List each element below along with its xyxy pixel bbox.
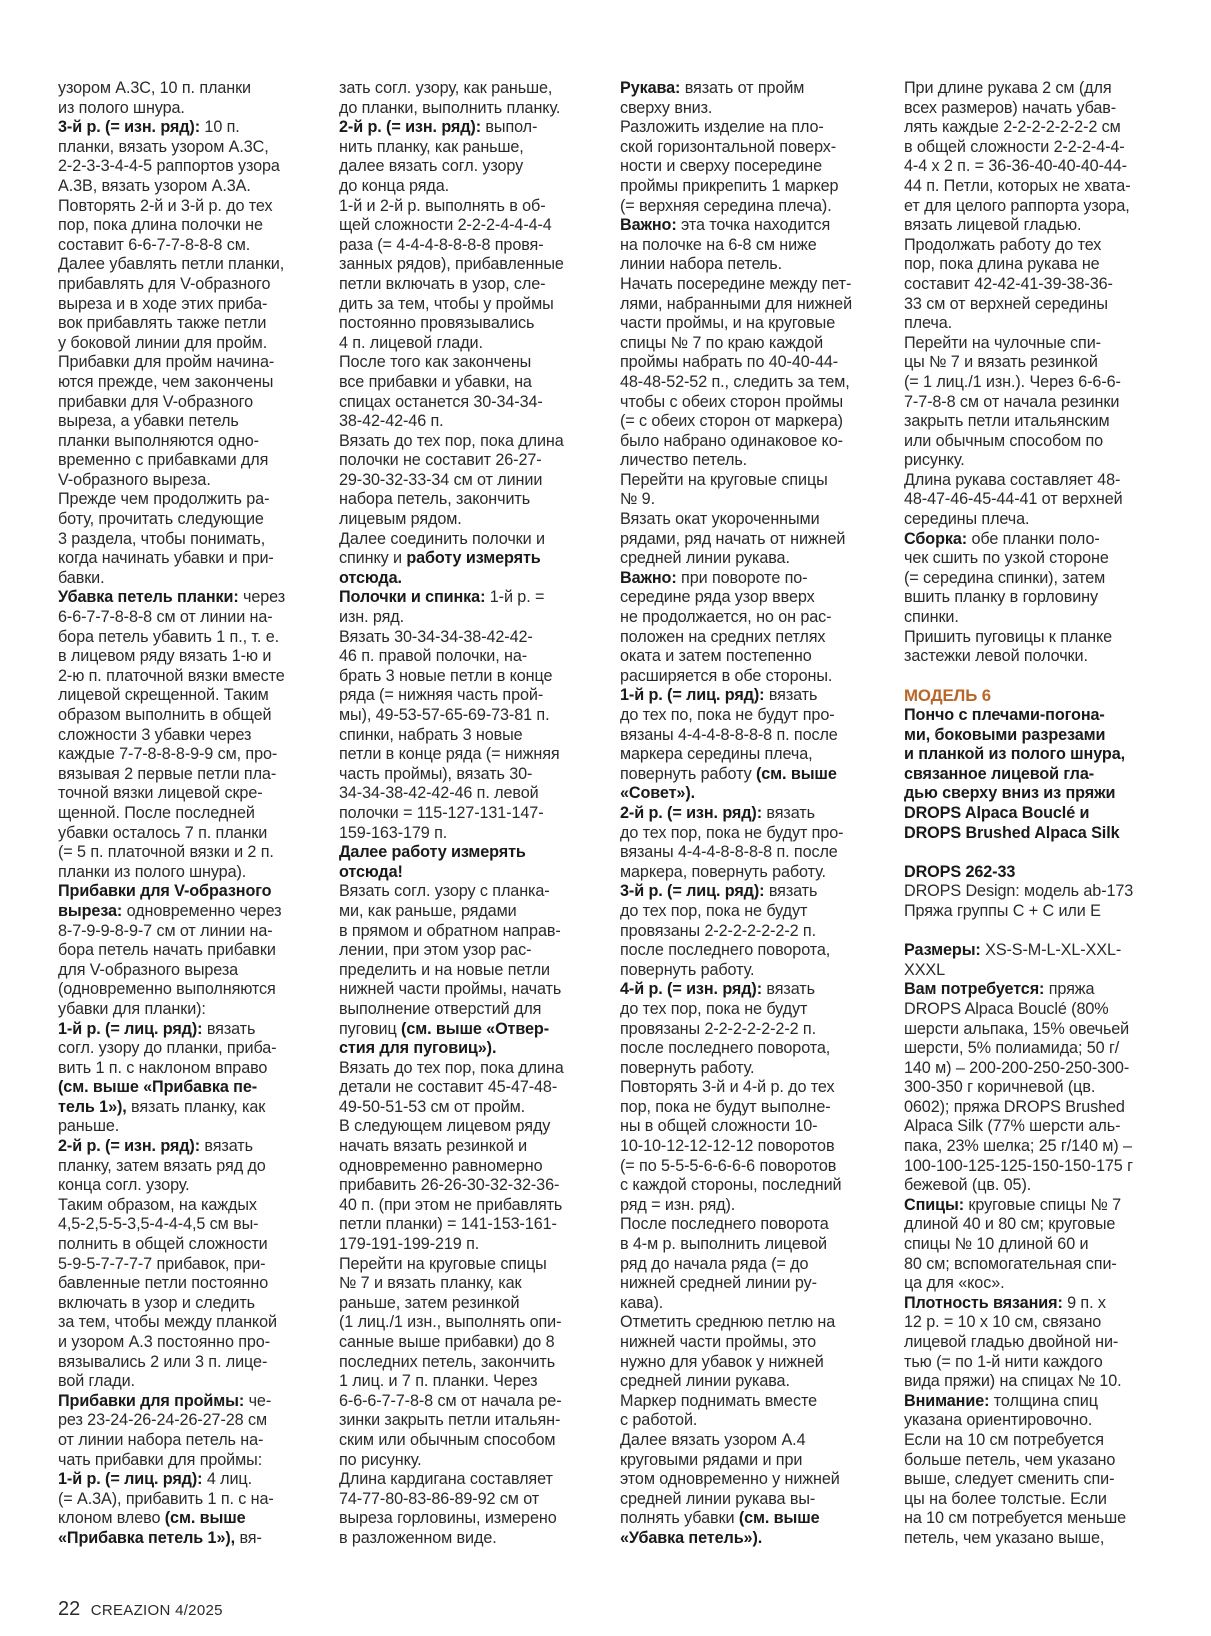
text-line: отсюда! bbox=[339, 863, 601, 883]
text-line: после последнего поворота, bbox=[620, 1039, 882, 1059]
text-line: и планкой из полого шнура, bbox=[904, 745, 1166, 765]
text-line: «Прибавка петель 1»), вя- bbox=[58, 1529, 320, 1549]
text-line: Внимание: толщина спиц bbox=[904, 1392, 1166, 1412]
bold-label: Прибавки для V-образного bbox=[58, 882, 271, 900]
body-text: до конца ряда. bbox=[339, 177, 449, 195]
text-line: связанное лицевой гла- bbox=[904, 765, 1166, 785]
text-line: 7-7-8-8 см от начала резинки bbox=[904, 393, 1166, 413]
text-line: Пряжа группы С + С или Е bbox=[904, 902, 1166, 922]
text-column-2: зать согл. узору, как раньше,до планки, … bbox=[339, 79, 601, 1549]
body-text: ской горизонтальной поверх- bbox=[620, 138, 836, 156]
body-text: № 9. bbox=[620, 490, 655, 508]
body-text: положен на средних петлях bbox=[620, 628, 825, 646]
text-line: убавки осталось 7 п. планки bbox=[58, 824, 320, 844]
text-line: полнить в общей сложности bbox=[58, 1235, 320, 1255]
body-text: лями, набранными для нижней bbox=[620, 295, 852, 313]
text-line: боту, прочитать следующие bbox=[58, 510, 320, 530]
text-line: до тех пор, пока не будут bbox=[620, 1000, 882, 1020]
text-line: до планки, выполнить планку. bbox=[339, 99, 601, 119]
body-text: (= 1 лиц./1 изн.). Через 6-6-6- bbox=[904, 373, 1121, 391]
body-text: вязать bbox=[762, 980, 815, 998]
body-text: убавки для планки): bbox=[58, 1000, 206, 1018]
body-text: расширяется в обе стороны. bbox=[620, 667, 832, 685]
text-line: набора петель, закончить bbox=[339, 490, 601, 510]
body-text: до тех пор, пока не будут bbox=[620, 902, 807, 920]
text-line: прибавить 26-26-30-32-32-36- bbox=[339, 1176, 601, 1196]
body-text: ским или обычным способом bbox=[339, 1431, 555, 1449]
body-text: 29-30-32-33-34 см от линии bbox=[339, 471, 542, 489]
text-line: 44 п. Петли, которых не хвата- bbox=[904, 177, 1166, 197]
text-line: Вязать до тех пор, пока длина bbox=[339, 432, 601, 452]
text-line: линии набора петель. bbox=[620, 255, 882, 275]
text-line: 179-191-199-219 п. bbox=[339, 1235, 601, 1255]
bold-label: Важно: bbox=[620, 569, 677, 587]
text-line: выше, следует сменить спи- bbox=[904, 1470, 1166, 1490]
text-line: раньше, затем резинкой bbox=[339, 1294, 601, 1314]
text-line: вязаны 4-4-4-8-8-8-8 п. после bbox=[620, 726, 882, 746]
text-line: точной вязки лицевой скре- bbox=[58, 784, 320, 804]
body-text: раньше, затем резинкой bbox=[339, 1294, 519, 1312]
text-line: положен на средних петлях bbox=[620, 628, 882, 648]
body-text: 2-2-3-3-4-4-5 раппортов узора bbox=[58, 157, 280, 175]
body-text: Повторять 3-й и 4-й р. до тех bbox=[620, 1078, 834, 1096]
text-line: 140 м) – 200-200-250-250-300- bbox=[904, 1059, 1166, 1079]
body-text: 2-ю п. платочной вязки вместе bbox=[58, 667, 285, 685]
body-text: Alpaca Silk (77% шерсти аль- bbox=[904, 1117, 1120, 1135]
text-line: спинки, набрать 3 новые bbox=[339, 726, 601, 746]
text-line: сверху вниз. bbox=[620, 99, 882, 119]
text-line: XXXL bbox=[904, 961, 1166, 981]
body-text: нить планку, как раньше, bbox=[339, 138, 524, 156]
body-text: Продолжать работу до тех bbox=[904, 236, 1101, 254]
body-text: Маркер поднимать вместе bbox=[620, 1392, 817, 1410]
text-line: плеча. bbox=[904, 314, 1166, 334]
body-text: спицах останется 30-34-34- bbox=[339, 393, 543, 411]
bold-label: стия для пуговиц»). bbox=[339, 1039, 496, 1057]
text-line: пределить и на новые петли bbox=[339, 961, 601, 981]
body-text: чать прибавки для проймы: bbox=[58, 1451, 262, 1469]
body-text: Вязать до тех пор, пока длина bbox=[339, 1059, 564, 1077]
page-footer: 22 CREAZION 4/2025 bbox=[58, 1598, 223, 1621]
text-line: 100-100-125-125-150-150-175 г bbox=[904, 1157, 1166, 1177]
text-line: с каждой стороны, последний bbox=[620, 1176, 882, 1196]
text-line: больше петель, чем указано bbox=[904, 1451, 1166, 1471]
text-line: шерсти, 5% полиамида; 50 г/ bbox=[904, 1039, 1166, 1059]
body-text: 140 м) – 200-200-250-250-300- bbox=[904, 1059, 1129, 1077]
body-text: пуговиц bbox=[339, 1020, 401, 1038]
text-column-3: Рукава: вязать от проймсверху вниз.Разло… bbox=[620, 79, 882, 1549]
body-text: 6-6-7-7-8-8-8 см от линии на- bbox=[58, 608, 273, 626]
body-text: постоянно провязывались bbox=[339, 314, 534, 332]
text-line: Вязать окат укороченными bbox=[620, 510, 882, 530]
body-text: каждые 7-7-8-8-8-9-9 см, про- bbox=[58, 745, 277, 763]
body-text: (= с обеих сторон от маркера) bbox=[620, 412, 843, 430]
bold-label: 1-й р. (= лиц. ряд): bbox=[58, 1470, 202, 1488]
text-line: нить планку, как раньше, bbox=[339, 138, 601, 158]
text-line: V-образного выреза. bbox=[58, 471, 320, 491]
text-line: Прибавки для V-образного bbox=[58, 882, 320, 902]
body-text: 1-й и 2-й р. выполнять в об- bbox=[339, 197, 546, 215]
text-line: Повторять 2-й и 3-й р. до тех bbox=[58, 197, 320, 217]
body-text: петли включать в узор, сле- bbox=[339, 275, 545, 293]
body-text: повернуть работу. bbox=[620, 961, 754, 979]
text-line: (= 1 лиц./1 изн.). Через 6-6-6- bbox=[904, 373, 1166, 393]
body-text: При длине рукава 2 см (для bbox=[904, 79, 1112, 97]
bold-label: 1-й р. (= лиц. ряд): bbox=[58, 1020, 202, 1038]
body-text: вязывая 2 первые петли пла- bbox=[58, 765, 276, 783]
body-text: 9 п. х bbox=[1063, 1294, 1106, 1312]
text-line: до тех пор, пока не будут про- bbox=[620, 824, 882, 844]
text-line: рядами, ряд начать от нижней bbox=[620, 530, 882, 550]
text-line: При длине рукава 2 см (для bbox=[904, 79, 1166, 99]
text-line: бора петель убавить 1 п., т. е. bbox=[58, 628, 320, 648]
body-text: когда начинать убавки и при- bbox=[58, 549, 274, 567]
text-line: щей сложности 2-2-2-4-4-4-4 bbox=[339, 216, 601, 236]
model-heading: МОДЕЛЬ 6 bbox=[904, 686, 991, 705]
body-text: 33 см от верхней середины bbox=[904, 295, 1108, 313]
body-text: После того как закончены bbox=[339, 353, 531, 371]
text-line: повернуть работу (см. выше bbox=[620, 765, 882, 785]
body-text: проймы прикрепить 1 маркер bbox=[620, 177, 838, 195]
text-line: А.3В, вязать узором А.3А. bbox=[58, 177, 320, 197]
body-text: с работой. bbox=[620, 1411, 697, 1429]
body-text: 4 п. лицевой глади. bbox=[339, 334, 483, 352]
body-text: из полого шнура. bbox=[58, 99, 185, 117]
text-line: пор, пока длина рукава не bbox=[904, 255, 1166, 275]
body-text: длиной 40 и 80 см; круговые bbox=[904, 1215, 1115, 1233]
text-line: чтобы с обеих сторон проймы bbox=[620, 393, 882, 413]
body-text: середины плеча. bbox=[904, 510, 1029, 528]
body-text: спинку и bbox=[339, 549, 406, 567]
bold-label: Важно: bbox=[620, 216, 677, 234]
body-text: вязать bbox=[200, 1137, 253, 1155]
text-line: чек сшить по узкой стороне bbox=[904, 549, 1166, 569]
text-line: на 10 см потребуется меньше bbox=[904, 1509, 1166, 1529]
text-line: бавленные петли постоянно bbox=[58, 1274, 320, 1294]
text-line: Длина рукава составляет 48- bbox=[904, 471, 1166, 491]
body-text: (одновременно выполняются bbox=[58, 980, 276, 998]
body-text: лять каждые 2-2-2-2-2-2-2 см bbox=[904, 118, 1121, 136]
body-text: XXXL bbox=[904, 961, 945, 979]
body-text: Повторять 2-й и 3-й р. до тех bbox=[58, 197, 272, 215]
body-text: ряда (= нижняя часть прой- bbox=[339, 686, 543, 704]
body-text: толщина спиц bbox=[989, 1392, 1098, 1410]
text-line: шерсти альпака, 15% овечьей bbox=[904, 1020, 1166, 1040]
text-line: нужно для убавок у нижней bbox=[620, 1353, 882, 1373]
body-text: Вязать окат укороченными bbox=[620, 510, 820, 528]
text-line: петли включать в узор, сле- bbox=[339, 275, 601, 295]
body-text: цы на более толстые. Если bbox=[904, 1490, 1107, 1508]
body-text: полнить в общей сложности bbox=[58, 1235, 268, 1253]
bold-label: Прибавки для проймы: bbox=[58, 1392, 244, 1410]
body-text: 4-4 х 2 п. = 36-36-40-40-40-44- bbox=[904, 157, 1127, 175]
body-text: не продолжается, но он рас- bbox=[620, 608, 831, 626]
text-line: 10-10-12-12-12-12 поворотов bbox=[620, 1137, 882, 1157]
bold-label: ми, боковыми разрезами bbox=[904, 726, 1105, 744]
body-text: че- bbox=[244, 1392, 271, 1410]
text-line: (= верхняя середина плеча). bbox=[620, 197, 882, 217]
text-line: средней линии рукава. bbox=[620, 1372, 882, 1392]
body-text: средней линии рукава. bbox=[620, 1372, 790, 1390]
text-line: спинки. bbox=[904, 608, 1166, 628]
body-text: после последнего поворота, bbox=[620, 941, 830, 959]
body-text: 4 лиц. bbox=[202, 1470, 252, 1488]
text-line: Пришить пуговицы к планке bbox=[904, 628, 1166, 648]
text-line: длиной 40 и 80 см; круговые bbox=[904, 1215, 1166, 1235]
text-line: (= А.3А), прибавить 1 п. с на- bbox=[58, 1490, 320, 1510]
text-line: вязывая 2 первые петли пла- bbox=[58, 765, 320, 785]
text-line: 1-й р. (= лиц. ряд): вязать bbox=[620, 686, 882, 706]
text-line: составит 6-6-7-7-8-8-8 см. bbox=[58, 236, 320, 256]
text-line: до тех пор, пока не будут bbox=[620, 902, 882, 922]
body-text: через bbox=[239, 588, 285, 606]
magazine-issue: CREAZION 4/2025 bbox=[91, 1602, 223, 1619]
body-text: 48-47-46-45-44-41 от верхней bbox=[904, 490, 1123, 508]
text-line: маркера, повернуть работу. bbox=[620, 863, 882, 883]
text-line: 3-й р. (= изн. ряд): 10 п. bbox=[58, 118, 320, 138]
body-text: петель, чем указано выше, bbox=[904, 1529, 1104, 1547]
body-text: составит 6-6-7-7-8-8-8 см. bbox=[58, 236, 250, 254]
text-line: Если на 10 см потребуется bbox=[904, 1431, 1166, 1451]
body-text: маркера, повернуть работу. bbox=[620, 863, 826, 881]
text-line: Перейти на круговые спицы bbox=[620, 471, 882, 491]
body-text: брать 3 новые петли в конце bbox=[339, 667, 552, 685]
text-line: изн. ряд. bbox=[339, 608, 601, 628]
body-text: DROPS Design: модель ab-173 bbox=[904, 882, 1133, 900]
text-line: 159-163-179 п. bbox=[339, 824, 601, 844]
body-text: части проймы, и на круговые bbox=[620, 314, 835, 332]
body-text: Разложить изделие на пло- bbox=[620, 118, 824, 136]
body-text: эта точка находится bbox=[677, 216, 830, 234]
body-text: 10-10-12-12-12-12 поворотов bbox=[620, 1137, 834, 1155]
body-text: дить за тем, чтобы у проймы bbox=[339, 295, 554, 313]
text-line: Сборка: обе планки поло- bbox=[904, 530, 1166, 550]
body-text: боту, прочитать следующие bbox=[58, 510, 264, 528]
text-line: Вязать 30-34-34-38-42-42- bbox=[339, 628, 601, 648]
text-line: петли планки) = 141-153-161- bbox=[339, 1215, 601, 1235]
text-line: все прибавки и убавки, на bbox=[339, 373, 601, 393]
body-text: нижней средней линии ру- bbox=[620, 1274, 817, 1292]
body-text: за тем, чтобы между планкой bbox=[58, 1313, 277, 1331]
body-text: выпол- bbox=[481, 118, 537, 136]
bold-label: 4-й р. (= изн. ряд): bbox=[620, 980, 762, 998]
body-text: 300-350 г коричневой (цв. bbox=[904, 1078, 1095, 1096]
body-text: вшить планку в горловину bbox=[904, 588, 1098, 606]
body-text: вой глади. bbox=[58, 1372, 135, 1390]
body-text: всех размеров) начать убав- bbox=[904, 99, 1116, 117]
body-text: 100-100-125-125-150-150-175 г bbox=[904, 1157, 1133, 1175]
text-line: цы на более толстые. Если bbox=[904, 1490, 1166, 1510]
text-line: согл. узору до планки, приба- bbox=[58, 1039, 320, 1059]
body-text: прибавлять для V-образного bbox=[58, 275, 270, 293]
body-text: (= верхняя середина плеча). bbox=[620, 197, 832, 215]
body-text: 3 раздела, чтобы понимать, bbox=[58, 530, 265, 548]
text-line: детали не составит 45-47-48- bbox=[339, 1078, 601, 1098]
body-text: 1-й р. = bbox=[485, 588, 544, 606]
body-text: маркера середины плеча, bbox=[620, 745, 813, 763]
text-line: или обычным способом по bbox=[904, 432, 1166, 452]
text-line: ет для целого раппорта узора, bbox=[904, 197, 1166, 217]
body-text: все прибавки и убавки, на bbox=[339, 373, 532, 391]
text-line: санные выше прибавки) до 8 bbox=[339, 1333, 601, 1353]
body-text: ются прежде, чем закончены bbox=[58, 373, 273, 391]
text-line: повернуть работу. bbox=[620, 961, 882, 981]
body-text: бора петель начать прибавки bbox=[58, 941, 276, 959]
body-text: круговыми рядами и при bbox=[620, 1451, 802, 1469]
body-text: Длина рукава составляет 48- bbox=[904, 471, 1120, 489]
text-line: сложности 3 убавки через bbox=[58, 726, 320, 746]
body-text: планку, затем вязать ряд до bbox=[58, 1157, 266, 1175]
text-line: в 4-м р. выполнить лицевой bbox=[620, 1235, 882, 1255]
text-line: когда начинать убавки и при- bbox=[58, 549, 320, 569]
body-text: Таким образом, на каждых bbox=[58, 1196, 257, 1214]
text-line: после последнего поворота, bbox=[620, 941, 882, 961]
body-text: рисунку. bbox=[904, 451, 965, 469]
text-line: 6-6-7-7-8-8-8 см от линии на- bbox=[58, 608, 320, 628]
text-line: планку, затем вязать ряд до bbox=[58, 1157, 320, 1177]
text-line: 1 лиц. и 7 п. планки. Через bbox=[339, 1372, 601, 1392]
body-text: одновременно равномерно bbox=[339, 1157, 542, 1175]
bold-label: связанное лицевой гла- bbox=[904, 765, 1094, 783]
text-line: круговыми рядами и при bbox=[620, 1451, 882, 1471]
body-text: вязать bbox=[762, 804, 815, 822]
body-text: вязаны 4-4-4-8-8-8-8 п. после bbox=[620, 726, 838, 744]
text-line: пор, пока длина полочки не bbox=[58, 216, 320, 236]
text-line: зинки закрыть петли итальян- bbox=[339, 1411, 601, 1431]
text-line: пор, пока не будут выполне- bbox=[620, 1098, 882, 1118]
text-line: начать вязать резинкой и bbox=[339, 1137, 601, 1157]
text-line: выреза: одновременно через bbox=[58, 902, 320, 922]
bold-label: работу измерять bbox=[406, 549, 540, 567]
text-line: Важно: эта точка находится bbox=[620, 216, 882, 236]
body-text: 44 п. Петли, которых не хвата- bbox=[904, 177, 1131, 195]
body-text: составит 42-42-41-39-38-36- bbox=[904, 275, 1113, 293]
text-line: ряд до начала ряда (= до bbox=[620, 1255, 882, 1275]
body-text: повернуть работу bbox=[620, 765, 756, 783]
text-line: в разложенном виде. bbox=[339, 1529, 601, 1549]
text-line: кава). bbox=[620, 1294, 882, 1314]
text-line: проймы прикрепить 1 маркер bbox=[620, 177, 882, 197]
text-line: каждые 7-7-8-8-8-9-9 см, про- bbox=[58, 745, 320, 765]
text-line: узором А.3С, 10 п. планки bbox=[58, 79, 320, 99]
text-line: Убавка петель планки: через bbox=[58, 588, 320, 608]
text-line: полочки не составит 26-27- bbox=[339, 451, 601, 471]
body-text: зинки закрыть петли итальян- bbox=[339, 1411, 560, 1429]
body-text: клоном влево bbox=[58, 1509, 165, 1527]
bold-label: «Прибавка петель 1»), bbox=[58, 1529, 235, 1547]
text-line: проймы набрать по 40-40-44- bbox=[620, 353, 882, 373]
text-line: до тех по, пока не будут про- bbox=[620, 706, 882, 726]
bold-label: Пончо с плечами-погона- bbox=[904, 706, 1105, 724]
text-line: 48-47-46-45-44-41 от верхней bbox=[904, 490, 1166, 510]
text-line: Разложить изделие на пло- bbox=[620, 118, 882, 138]
text-line: нижней части проймы, это bbox=[620, 1333, 882, 1353]
text-line: (см. выше «Прибавка пе- bbox=[58, 1078, 320, 1098]
text-line: 2-2-3-3-4-4-5 раппортов узора bbox=[58, 157, 320, 177]
bold-label: Далее работу измерять bbox=[339, 843, 526, 861]
body-text: нижней части проймы, это bbox=[620, 1333, 816, 1351]
text-line: DROPS 262-33 bbox=[904, 863, 1166, 883]
bold-label: тель 1»), bbox=[58, 1098, 127, 1116]
text-line: Длина кардигана составляет bbox=[339, 1470, 601, 1490]
bold-label: 3-й р. (= изн. ряд): bbox=[58, 118, 200, 136]
bold-label: «Убавка петель»). bbox=[620, 1529, 762, 1547]
bold-label: отсюда! bbox=[339, 863, 403, 881]
text-line: часть проймы), вязать 30- bbox=[339, 765, 601, 785]
text-line: петли в конце ряда (= нижняя bbox=[339, 745, 601, 765]
body-text: в лицевом ряду вязать 1-ю и bbox=[58, 647, 271, 665]
text-line: Плотность вязания: 9 п. х bbox=[904, 1294, 1166, 1314]
body-text: Если на 10 см потребуется bbox=[904, 1431, 1104, 1449]
text-line: Перейти на круговые спицы bbox=[339, 1255, 601, 1275]
text-line: расширяется в обе стороны. bbox=[620, 667, 882, 687]
text-line: 33 см от верхней середины bbox=[904, 295, 1166, 315]
body-text: 0602); пряжа DROPS Brushed bbox=[904, 1098, 1125, 1116]
body-text: круговые спицы № 7 bbox=[964, 1196, 1121, 1214]
body-text: лении, при этом узор рас- bbox=[339, 941, 531, 959]
text-line: планки выполняются одно- bbox=[58, 432, 320, 452]
text-line: оката и затем постепенно bbox=[620, 647, 882, 667]
body-text: бора петель убавить 1 п., т. е. bbox=[58, 628, 279, 646]
text-line: DROPS Alpaca Bouclé (80% bbox=[904, 1000, 1166, 1020]
body-text: (= А.3А), прибавить 1 п. с на- bbox=[58, 1490, 274, 1508]
bold-label: Размеры: bbox=[904, 941, 981, 959]
body-text: или обычным способом по bbox=[904, 432, 1103, 450]
body-text: и узором А.3 постоянно про- bbox=[58, 1333, 270, 1351]
body-text: середине ряда узор вверх bbox=[620, 588, 815, 606]
text-line: клоном влево (см. выше bbox=[58, 1509, 320, 1529]
bold-label: Сборка: bbox=[904, 530, 967, 548]
text-line: занных рядов), прибавленные bbox=[339, 255, 601, 275]
body-text: в прямом и обратном направ- bbox=[339, 922, 561, 940]
text-line: личество петель. bbox=[620, 451, 882, 471]
text-line: 3 раздела, чтобы понимать, bbox=[58, 530, 320, 550]
body-text: (= середина спинки), затем bbox=[904, 569, 1105, 587]
body-text: на полочке на 6-8 см ниже bbox=[620, 236, 817, 254]
body-text: образом выполнить в общей bbox=[58, 706, 271, 724]
text-line: спицы № 7 по краю каждой bbox=[620, 334, 882, 354]
body-text: вида пряжи) на спицах № 10. bbox=[904, 1372, 1122, 1390]
text-line: DROPS Brushed Alpaca Silk bbox=[904, 824, 1166, 844]
body-text: после последнего поворота, bbox=[620, 1039, 830, 1057]
text-line: Полочки и спинка: 1-й р. = bbox=[339, 588, 601, 608]
bold-label: Рукава: bbox=[620, 79, 680, 97]
body-text: шерсти альпака, 15% овечьей bbox=[904, 1020, 1129, 1038]
bold-label: 2-й р. (= изн. ряд): bbox=[620, 804, 762, 822]
text-line: 48-48-52-52 п., следить за тем, bbox=[620, 373, 882, 393]
body-text: нижней части проймы, начать bbox=[339, 980, 561, 998]
text-line: 40 п. (при этом не прибавлять bbox=[339, 1196, 601, 1216]
text-line: для V-образного выреза bbox=[58, 961, 320, 981]
text-line: образом выполнить в общей bbox=[58, 706, 320, 726]
body-text: до тех по, пока не будут про- bbox=[620, 706, 835, 724]
text-line: прибавки для V-образного bbox=[58, 393, 320, 413]
text-line: ются прежде, чем закончены bbox=[58, 373, 320, 393]
body-text: щей сложности 2-2-2-4-4-4-4 bbox=[339, 216, 552, 234]
text-line: DROPS Alpaca Bouclé и bbox=[904, 804, 1166, 824]
body-text: 7-7-8-8 см от начала резинки bbox=[904, 393, 1119, 411]
body-text: вя- bbox=[235, 1529, 262, 1547]
text-line: прибавлять для V-образного bbox=[58, 275, 320, 295]
text-line: указана ориентировочно. bbox=[904, 1411, 1166, 1431]
body-text: вязать лицевой гладью. bbox=[904, 216, 1081, 234]
text-line: После последнего поворота bbox=[620, 1215, 882, 1235]
body-text: Далее убавлять петли планки, bbox=[58, 255, 284, 273]
bold-label: Полочки и спинка: bbox=[339, 588, 485, 606]
text-line: ца для «кос». bbox=[904, 1274, 1166, 1294]
body-text: Начать посередине между пет- bbox=[620, 275, 851, 293]
text-line: № 9. bbox=[620, 490, 882, 510]
